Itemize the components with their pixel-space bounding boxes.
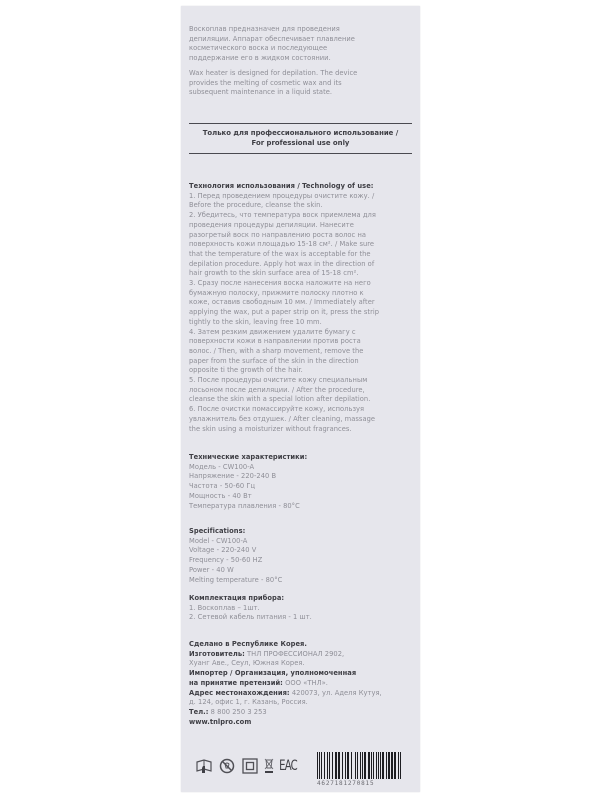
weee-bin-icon: [264, 757, 274, 775]
technology-line: лосьоном после депиляции. / After the pr…: [189, 386, 412, 396]
manufacturer-label: Изготовитель:: [189, 650, 245, 658]
spec-en-line: Voltage - 220-240 V: [189, 546, 412, 556]
certification-icons: EAC: [195, 757, 297, 775]
intro-en: Wax heater is designed for depilation. T…: [189, 69, 412, 98]
technology-heading: Технология использования / Technology of…: [189, 182, 412, 192]
technology-line: 1. Перед проведением процедуры очистите …: [189, 192, 412, 202]
package-line: 2. Сетевой кабель питания - 1 шт.: [189, 613, 412, 623]
technology-line: hair growth to the skin surface area of …: [189, 269, 412, 279]
claims-label: на принятие претензий:: [189, 679, 283, 687]
barcode: 4627181270815: [317, 752, 401, 786]
origin-section: Сделано в Республике Корея. Изготовитель…: [189, 640, 412, 727]
divider-bottom: [189, 153, 412, 154]
technology-line: paper from the surface of the skin in th…: [189, 357, 412, 367]
package-section: Комплектация прибора: 1. Воскоплав – 1шт…: [189, 594, 412, 623]
intro-ru: Воскоплав предназначен для проведения де…: [189, 25, 412, 64]
technology-line: tightly to the skin, leaving free 10 mm.: [189, 318, 412, 328]
technology-line: opposite ti the growth of the hair.: [189, 366, 412, 376]
eac-mark-icon: EAC: [281, 757, 295, 775]
manufacturer-address: Хуанг Аве., Сеул, Южная Корея.: [189, 659, 412, 669]
technology-line: Before the procedure, cleanse the skin.: [189, 201, 412, 211]
divider-top: [189, 123, 412, 124]
spec-ru-line: Мощность - 40 Вт: [189, 492, 412, 502]
spec-ru-line: Частота - 50-60 Гц: [189, 482, 412, 492]
technology-line: волос. / Then, with a sharp movement, re…: [189, 347, 412, 357]
specs-en-heading: Specifications:: [189, 527, 412, 537]
spec-en-line: Frequency - 50-60 HZ: [189, 556, 412, 566]
technology-steps: 1. Перед проведением процедуры очистите …: [189, 192, 412, 435]
spec-en-line: Power - 40 W: [189, 566, 412, 576]
label-panel: Воскоплав предназначен для проведения де…: [181, 6, 420, 792]
address-label: Адрес местонахождения:: [189, 689, 290, 697]
technology-line: разогретый воск по направлению роста вол…: [189, 231, 412, 241]
spec-ru-line: Модель - CW100-A: [189, 463, 412, 473]
professional-use-notice: Только для профессионального использован…: [189, 128, 412, 148]
barcode-bars: [317, 752, 401, 779]
package-list: 1. Воскоплав – 1шт.2. Сетевой кабель пит…: [189, 604, 412, 623]
technology-section: Технология использования / Technology of…: [189, 182, 412, 434]
technology-line: коже, оставив свободным 10 мм. / Immedia…: [189, 298, 412, 308]
manufacturer-value: ТНЛ ПРОФЕССИОНАЛ 2902,: [247, 650, 344, 658]
spec-ru-line: Температура плавления - 80°C: [189, 502, 412, 512]
technology-line: проведения процедуры депиляции. Нанесите: [189, 221, 412, 231]
technology-line: cleanse the skin with a special lotion a…: [189, 395, 412, 405]
address-value-2: д. 124, офис 1, г. Казань, Россия.: [189, 698, 412, 708]
package-heading: Комплектация прибора:: [189, 594, 412, 604]
specs-ru-section: Технические характеристики: Модель - CW1…: [189, 453, 412, 511]
read-manual-icon: [195, 757, 213, 775]
website-link[interactable]: www.tnlpro.com: [189, 718, 412, 728]
made-in: Сделано в Республике Корея.: [189, 640, 412, 650]
specs-ru-list: Модель - CW100-AНапряжение - 220-240 ВЧа…: [189, 463, 412, 512]
specs-ru-heading: Технические характеристики:: [189, 453, 412, 463]
technology-line: 3. Сразу после нанесения воска наложите …: [189, 279, 412, 289]
importer-label: Импортер / Организация, уполномоченная: [189, 669, 412, 679]
spec-en-line: Melting temperature - 80°C: [189, 576, 412, 586]
phone-label: Тел.:: [189, 708, 208, 716]
barcode-number: 4627181270815: [317, 780, 401, 787]
technology-line: бумажную полоску, прижмите полоску плотн…: [189, 289, 412, 299]
technology-line: 4. Затем резким движением удалите бумагу…: [189, 328, 412, 338]
technology-line: 2. Убедитесь, что температура воск прием…: [189, 211, 412, 221]
double-insulation-icon: [241, 757, 259, 775]
technology-line: 5. После процедуры очистите кожу специал…: [189, 376, 412, 386]
package-line: 1. Воскоплав – 1шт.: [189, 604, 412, 614]
technology-line: 6. После очистки помассируйте кожу, испо…: [189, 405, 412, 415]
technology-line: the skin using a moisturizer without fra…: [189, 425, 412, 435]
address-value: 420073, ул. Аделя Кутуя,: [292, 689, 382, 697]
specs-en-list: Model - CW100-AVoltage - 220-240 VFreque…: [189, 537, 412, 586]
specs-en-section: Specifications: Model - CW100-AVoltage -…: [189, 527, 412, 585]
technology-line: поверхность кожи площадью 15-18 см². / M…: [189, 240, 412, 250]
technology-line: applying the wax, put a paper strip on i…: [189, 308, 412, 318]
phone-value: 8 800 250 3 253: [211, 708, 267, 716]
spec-en-line: Model - CW100-A: [189, 537, 412, 547]
technology-line: увлажнитель без отдушек. / After cleanin…: [189, 415, 412, 425]
importer-value: ООО «ТНЛ».: [285, 679, 328, 687]
no-disposal-icon: [218, 757, 236, 775]
spec-ru-line: Напряжение - 220-240 В: [189, 472, 412, 482]
technology-line: depilation procedure. Apply hot wax in t…: [189, 260, 412, 270]
technology-line: that the temperature of the wax is accep…: [189, 250, 412, 260]
technology-line: поверхности кожи в направлении против ро…: [189, 337, 412, 347]
